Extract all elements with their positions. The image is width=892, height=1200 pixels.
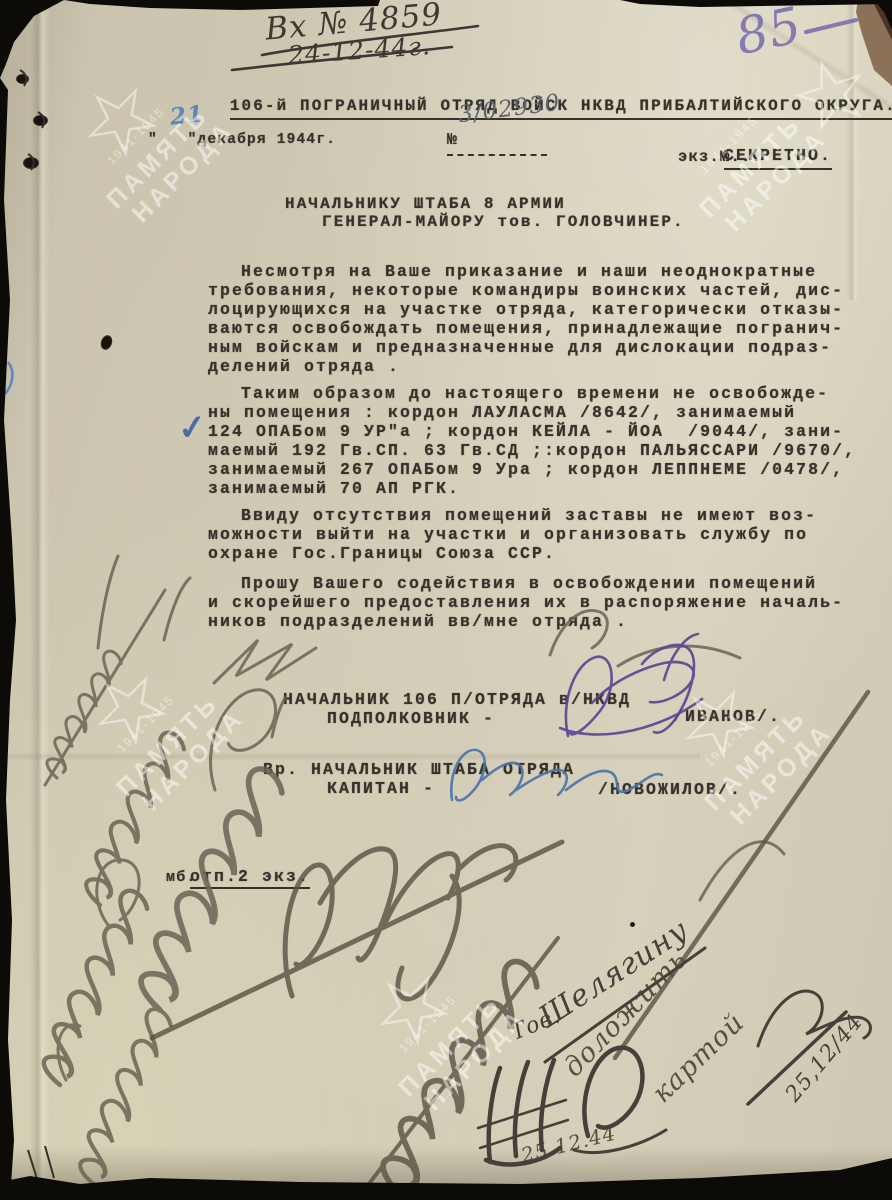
paper-hole [16,74,29,84]
paragraph-3: Ввиду отсутствия помещений заставы не им… [208,506,817,563]
body-line: ны помещения : кордон ЛАУЛАСМА /8642/, з… [208,403,856,422]
body-line: ным войскам и предназначенные для дислок… [208,338,844,357]
body-line: делений отряда . [208,357,844,376]
body-line: занимаемый 267 ОПАБом 9 Ура ; кордон ЛЕП… [208,460,856,479]
handwritten-day: 21 [169,100,206,130]
body-line: Таким образом до настоящего времени не о… [208,384,856,403]
body-line: требования, некоторые командиры воинских… [208,281,844,300]
number-sign: № [447,130,459,149]
margin-checkmark: ✓ [176,407,210,450]
paragraph-2: Таким образом до настоящего времени не о… [208,384,856,498]
signer-2-title-line-2: КАПИТАН - [327,779,435,798]
addressee-line-1: НАЧАЛЬНИКУ ШТАБА 8 АРМИИ [285,195,566,214]
signer-1-title-line-1: НАЧАЛЬНИК 106 П/ОТРЯДА в/НКВД [283,690,631,709]
copies-note-text: отп.2 экз. [190,867,310,889]
body-line: Несмотря на Ваше приказание и наши неодн… [208,262,844,281]
scanned-document-page: 106-й ПОГРАНИЧНЫЙ ОТРЯД ВОЙСК НКВД ПРИБА… [0,0,892,1200]
body-line: Ввиду отсутствия помещений заставы не им… [208,506,817,525]
body-line: занимаемый 70 АП РГК. [208,479,856,498]
body-line: Прошу Вашего содействия в освобождении п… [208,574,844,593]
body-line: лоцирующихся на участке отряда, категори… [208,300,844,319]
signer-2-title-line-1: Вр. НАЧАЛЬНИК ШТАБА ОТРЯДА [263,760,575,779]
paper-hole [23,157,39,169]
body-line: можности выйти на участки и организовать… [208,525,817,544]
paragraph-1: Несмотря на Ваше приказание и наши неодн… [208,262,844,376]
paper-speck [630,922,635,927]
body-line: и скорейшего предоставления их в распоря… [208,593,844,612]
body-line: охране Гос.Границы Союза ССР. [208,544,817,563]
signer-2-name: /НОВОЖИЛОВ/. [598,780,742,799]
date-line: " "декабря 1944г. [148,131,336,150]
body-line: ников подразделений вв/мне отряда . [208,612,844,631]
paragraph-4: Прошу Вашего содействия в освобождении п… [208,574,844,631]
copies-initials: мб. [166,868,197,887]
body-line: ваются освобождать помещения, принадлежа… [208,319,844,338]
signer-1-title-line-2: ПОДПОЛКОВНИК - [327,709,495,728]
copy-number-line: экз.№... [678,148,762,167]
signer-1-name: /ИВАНОВ/. [673,707,781,726]
body-line: 124 ОПАБом 9 УР"а ; кордон КЕЙЛА - ЙОА /… [208,422,856,441]
body-line: маемый 192 Гв.СП. 63 Гв.СД ;:кордон ПАЛЬ… [208,441,856,460]
paper-hole [33,115,48,126]
addressee-line-2: ГЕНЕРАЛ-МАЙОРУ тов. ГОЛОВЧИНЕР. [322,213,685,232]
